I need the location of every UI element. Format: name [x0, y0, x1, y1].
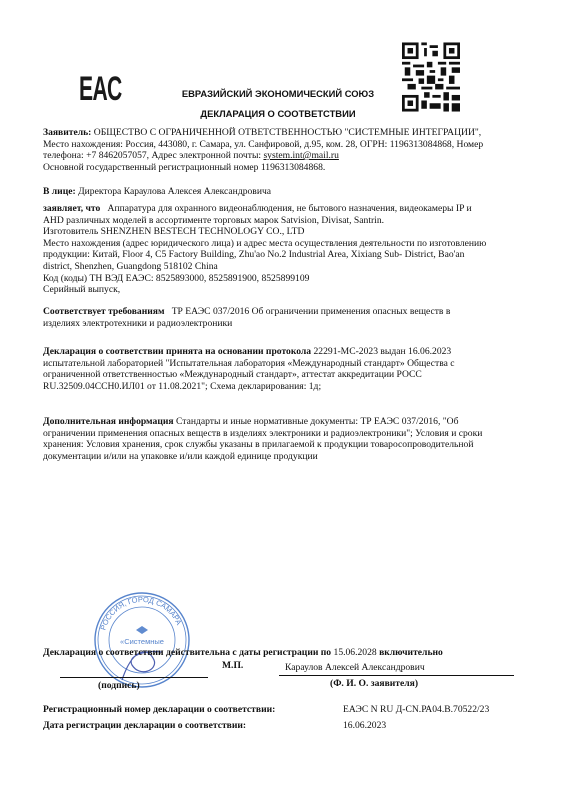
registration-date-value: 16.06.2023: [343, 720, 386, 732]
represented-value: Директора Караулова Алексея Александрови…: [78, 186, 271, 197]
signature-line: [60, 677, 208, 678]
registration-date-label: Дата регистрации декларации о соответств…: [43, 720, 246, 732]
applicant-signatory-name: Караулов Алексей Александрович: [285, 662, 425, 674]
declares-location-1: Место нахождения (адрес юридического лиц…: [43, 238, 523, 250]
conforms-label: Соответствует требованиям: [43, 306, 164, 317]
declares-brands: AHD различных моделей в ассортименте тор…: [43, 215, 523, 227]
applicant-name: ОБЩЕСТВО С ОГРАНИЧЕННОЙ ОТВЕТСТВЕННОСТЬЮ…: [94, 127, 481, 138]
document-title: ДЕКЛАРАЦИЯ О СООТВЕТСТВИИ: [178, 108, 378, 120]
signature-caption: (подпись): [98, 680, 140, 692]
declares-section: заявляет, что Аппаратура для охранного в…: [43, 203, 523, 296]
additional-section: Дополнительная информация Стандарты и ин…: [43, 416, 523, 462]
declares-release: Серийный выпуск,: [43, 284, 523, 296]
applicant-address: Место нахождения: Россия, 443080, г. Сам…: [43, 139, 523, 151]
validity-date: 15.06.2028: [334, 647, 377, 658]
name-caption: (Ф. И. О. заявителя): [330, 678, 418, 690]
basis-line-4: RU.32509.04ССН0.ИЛ01 от 11.08.2021"; Схе…: [43, 381, 523, 393]
basis-section: Декларация о соответствии принята на осн…: [43, 346, 523, 392]
basis-line-2: испытательной лабораторией "Испытательна…: [43, 358, 523, 370]
declares-manufacturer: Изготовитель SHENZHEN BESTECH TECHNOLOGY…: [43, 226, 523, 238]
svg-text:РОССИЯ, ГОРОД САМАРА: РОССИЯ, ГОРОД САМАРА: [98, 595, 183, 631]
declares-codes: Код (коды) ТН ВЭД ЕАЭС: 8525893000, 8525…: [43, 273, 523, 285]
declares-location-3: district, Shenzhen, Guangdong 518102 Chi…: [43, 261, 523, 273]
represented-section: В лице: Директора Караулова Алексея Алек…: [43, 186, 523, 198]
registration-number-value: ЕАЭС N RU Д-CN.РА04.В.70522/23: [343, 704, 489, 716]
declares-product: Аппаратура для охранного видеонаблюдения…: [108, 203, 472, 214]
additional-line-1: Стандарты и иные нормативные документы: …: [176, 416, 459, 427]
basis-label: Декларация о соответствии принята на осн…: [43, 346, 311, 357]
validity-label: Декларация о соответствии действительна …: [43, 647, 331, 658]
additional-line-2: ограничении применения опасных веществ в…: [43, 428, 523, 440]
conforms-section: Соответствует требованиям ТР ЕАЭС 037/20…: [43, 306, 523, 329]
conforms-line-1: ТР ЕАЭС 037/2016 Об ограничении применен…: [172, 306, 451, 317]
applicant-phone: телефона: +7 8462057057, Адрес электронн…: [43, 150, 263, 161]
eac-logo: EAC: [79, 72, 122, 106]
union-title: ЕВРАЗИЙСКИЙ ЭКОНОМИЧЕСКИЙ СОЮЗ: [178, 88, 378, 100]
mp-label: М.П.: [222, 660, 243, 672]
applicant-email-link[interactable]: system.int@mail.ru: [263, 150, 338, 161]
validity-section: Декларация о соответствии действительна …: [43, 647, 543, 659]
applicant-section: Заявитель: ОБЩЕСТВО С ОГРАНИЧЕННОЙ ОТВЕТ…: [43, 127, 523, 173]
declares-label: заявляет, что: [43, 203, 100, 214]
stamp-inner-text: «Системные: [120, 637, 164, 646]
name-line: [279, 675, 514, 676]
stamp-outer-text: РОССИЯ, ГОРОД САМАРА: [98, 595, 183, 631]
declares-location-2: продукции: Китай, Floor 4, C5 Factory Bu…: [43, 249, 523, 261]
basis-line-3: ограниченной ответственностью «Междунаро…: [43, 369, 523, 381]
qr-code-icon: [402, 42, 460, 112]
registration-number-label: Регистрационный номер декларации о соотв…: [43, 704, 275, 716]
conforms-line-2: изделиях электротехники и радиоэлектрони…: [43, 318, 523, 330]
applicant-reg-number: Основной государственный регистрационный…: [43, 162, 523, 174]
additional-label: Дополнительная информация: [43, 416, 174, 427]
company-stamp-icon: РОССИЯ, ГОРОД САМАРА «Системные: [92, 590, 192, 690]
validity-label-end: включительно: [379, 647, 443, 658]
applicant-label: Заявитель:: [43, 127, 91, 138]
basis-line-1: 22291-МС-2023 выдан 16.06.2023: [314, 346, 452, 357]
represented-label: В лице:: [43, 186, 76, 197]
additional-line-4: документации и/или на упаковке и/или каж…: [43, 451, 523, 463]
additional-line-3: хранения: Условия хранения, срок службы …: [43, 439, 523, 451]
